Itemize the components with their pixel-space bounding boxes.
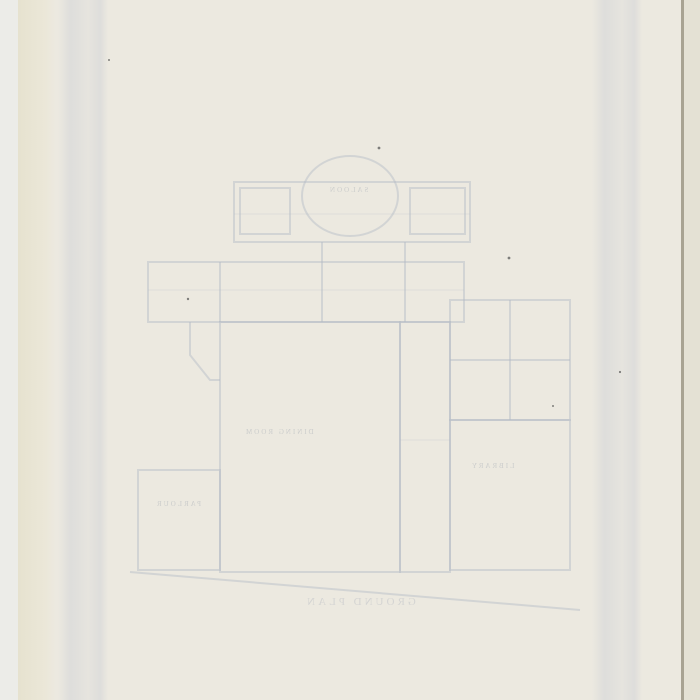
room-label-rotunda: SALOON [328,186,368,194]
floor-plan-show-through [0,0,700,700]
room-label-main: DINING ROOM [244,428,314,436]
room-label-left: PARLOUR [155,500,201,508]
room-label-right: LIBRARY [470,462,514,470]
plan-caption: GROUND PLAN [210,596,510,608]
